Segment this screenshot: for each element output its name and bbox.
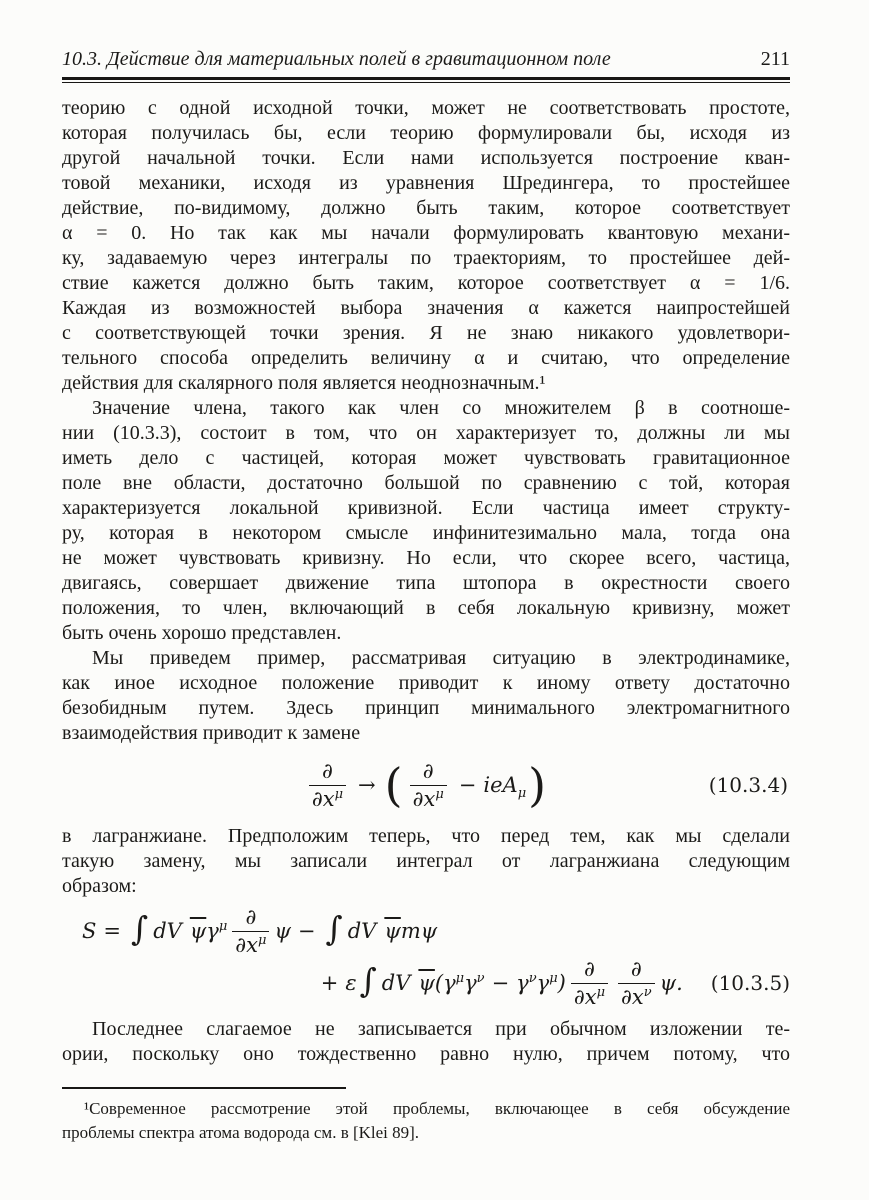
text-line: быть очень хорошо представлен. <box>62 621 790 646</box>
dV-symbol: dV <box>348 919 377 944</box>
open-paren: ( <box>435 971 443 995</box>
gamma-symbol: γ <box>443 971 456 995</box>
minus-symbol: − <box>459 773 477 798</box>
dx-symbol: ∂x <box>574 985 597 1009</box>
gamma-symbol: γ <box>464 971 477 995</box>
equals-symbol: = <box>103 919 121 944</box>
paragraph-2: Значение члена, такого как член со множи… <box>62 396 790 646</box>
S-symbol: S <box>82 919 96 944</box>
mu-superscript: μ <box>435 787 443 802</box>
equation-10-3-5: S = ∫ dV ψ γμ ∂ ∂xμ ψ − ∫ dV ψmψ <box>62 905 790 1009</box>
gamma-symbol: γ <box>516 971 529 995</box>
gamma-mu-term: γμ <box>206 919 227 944</box>
header-rule <box>62 77 790 83</box>
text-line: ру, которая в некотором смысле инфинитез… <box>62 521 790 546</box>
paragraph-4: в лагранжиане. Предположим теперь, что п… <box>62 824 790 899</box>
paragraph-5: Последнее слагаемое не записывается при … <box>62 1017 790 1067</box>
nu-superscript: ν <box>529 971 537 986</box>
text-line: нии (10.3.3), состоит в том, что он хара… <box>62 421 790 446</box>
text-line: образом: <box>62 874 790 899</box>
psi-symbol: ψ. <box>660 971 683 996</box>
equation-10-3-4: ∂ ∂xμ → ( ∂ ∂xμ − ieAμ ) (10.3.4) <box>62 750 790 820</box>
fraction: ∂ ∂xμ <box>571 959 608 1008</box>
text-line: действие, по-видимому, должно быть таким… <box>62 196 790 221</box>
mu-superscript: μ <box>258 933 266 948</box>
mu-superscript: μ <box>219 919 227 934</box>
footnote: ¹Современное рассмотрение этой проблемы,… <box>62 1097 790 1145</box>
psi-bar-m-psi-term: ψmψ <box>384 919 437 944</box>
equation-line-1: S = ∫ dV ψ γμ ∂ ∂xμ ψ − ∫ dV ψmψ <box>62 905 790 957</box>
paragraph-3: Мы приведем пример, рассматривая ситуаци… <box>62 646 790 746</box>
text-line: тельного способа определить величину α и… <box>62 346 790 371</box>
psi-bar-symbol: ψ <box>384 919 400 943</box>
plus-symbol: + <box>321 971 339 996</box>
fraction: ∂ ∂xμ <box>410 761 447 810</box>
mu-superscript: μ <box>597 985 605 1000</box>
text-line: поле вне области, достаточно большой по … <box>62 471 790 496</box>
text-line: ¹Современное рассмотрение этой проблемы,… <box>62 1097 790 1121</box>
dx-symbol: ∂x <box>621 985 644 1009</box>
nu-superscript: ν <box>477 971 485 986</box>
partial-symbol: ∂ <box>628 959 645 983</box>
text-column: 10.3. Действие для материальных полей в … <box>62 46 790 1145</box>
section-title: 10.3. Действие для материальных полей в … <box>62 46 611 72</box>
text-line: такую замену, мы записали интеграл от ла… <box>62 849 790 874</box>
psi-symbol: ψ <box>274 919 290 944</box>
fraction: ∂ ∂xν <box>618 959 655 1008</box>
text-line: положения, то член, включающий в себя ло… <box>62 596 790 621</box>
gamma-symbol: γ <box>206 919 219 943</box>
text-line: взаимодействия приводит к замене <box>62 721 790 746</box>
denominator: ∂xμ <box>410 785 447 810</box>
text-line: ории, поскольку оно тождественно равно н… <box>62 1042 790 1067</box>
nu-superscript: ν <box>644 985 652 1000</box>
text-line: Мы приведем пример, рассматривая ситуаци… <box>62 646 790 671</box>
text-line: Каждая из возможностей выбора значения α… <box>62 296 790 321</box>
text-line: не может чувствовать кривизну. Но если, … <box>62 546 790 571</box>
text-line: теорию с одной исходной точки, может не … <box>62 96 790 121</box>
denominator: ∂xμ <box>571 983 608 1008</box>
text-line: Значение члена, такого как член со множи… <box>62 396 790 421</box>
mu-superscript: μ <box>335 787 343 802</box>
page-number: 211 <box>761 46 790 72</box>
text-line: которая получилась бы, если теорию форму… <box>62 121 790 146</box>
dV-symbol: dV <box>153 919 182 944</box>
body-text: теорию с одной исходной точки, может не … <box>62 96 790 1067</box>
partial-symbol: ∂ <box>242 907 259 931</box>
denominator: ∂xμ <box>232 931 269 956</box>
denominator: ∂xν <box>618 983 655 1008</box>
psi-bar-symbol: ψ <box>190 919 206 944</box>
text-line: как иное исходное положение приводит к и… <box>62 671 790 696</box>
running-header: 10.3. Действие для материальных полей в … <box>62 46 790 77</box>
text-line: ку, задаваемую через интегралы по траект… <box>62 246 790 271</box>
text-line: двигаясь, совершает движение типа штопор… <box>62 571 790 596</box>
dx-symbol: ∂x <box>312 787 335 811</box>
book-page: 10.3. Действие для материальных полей в … <box>0 0 869 1200</box>
minus-symbol: − <box>492 971 510 995</box>
text-line: в лагранжиане. Предположим теперь, что п… <box>62 824 790 849</box>
text-line: проблемы спектра атома водорода см. в [K… <box>62 1121 790 1145</box>
mu-superscript: μ <box>456 971 464 986</box>
text-line: α = 0. Но так как мы начали формулироват… <box>62 221 790 246</box>
dx-symbol: ∂x <box>235 933 258 957</box>
close-paren: ) <box>558 971 566 995</box>
footnote-rule <box>62 1087 346 1089</box>
epsilon-symbol: ε <box>345 971 356 996</box>
equation-line-2: + ε ∫ dV ψ(γμγν−γνγμ) ∂ ∂xμ ∂ ∂xν ψ. (10… <box>62 957 790 1009</box>
mu-subscript: μ <box>518 786 526 801</box>
text-line: действия для скалярного поля является не… <box>62 371 790 396</box>
denominator: ∂xμ <box>309 785 346 810</box>
text-line: другой начальной точки. Если нами исполь… <box>62 146 790 171</box>
text-line: с соответствующей точки зрения. Я не зна… <box>62 321 790 346</box>
ieA-term: ieAμ <box>483 773 526 798</box>
text-line: ствие кажется должно быть таким, которое… <box>62 271 790 296</box>
text-line: характеризуется локальной кривизной. Есл… <box>62 496 790 521</box>
text-line: безобидным путем. Здесь принцип минималь… <box>62 696 790 721</box>
m-psi-symbol: mψ <box>401 919 437 943</box>
arrow-symbol: → <box>358 773 376 798</box>
gamma-symbol: γ <box>537 971 550 995</box>
text-line: товой механики, исходя из уравнения Шред… <box>62 171 790 196</box>
fraction: ∂ ∂xμ <box>232 907 269 956</box>
equation-number: (10.3.5) <box>711 971 790 996</box>
partial-symbol: ∂ <box>581 959 598 983</box>
equation-number: (10.3.4) <box>709 773 788 798</box>
dx-symbol: ∂x <box>413 787 436 811</box>
psi-bar-symbol: ψ <box>418 971 434 995</box>
commutator-term: ψ(γμγν−γνγμ) <box>418 971 565 996</box>
minus-symbol: − <box>298 919 316 944</box>
text-line: Последнее слагаемое не записывается при … <box>62 1017 790 1042</box>
text-line: иметь дело с частицей, которая может чув… <box>62 446 790 471</box>
paragraph-1: теорию с одной исходной точки, может не … <box>62 96 790 396</box>
fraction: ∂ ∂xμ <box>309 761 346 810</box>
partial-symbol: ∂ <box>319 761 336 785</box>
dV-symbol: dV <box>382 971 411 996</box>
ieA-symbol: ieA <box>483 773 517 797</box>
mu-superscript: μ <box>549 971 557 986</box>
partial-symbol: ∂ <box>420 761 437 785</box>
